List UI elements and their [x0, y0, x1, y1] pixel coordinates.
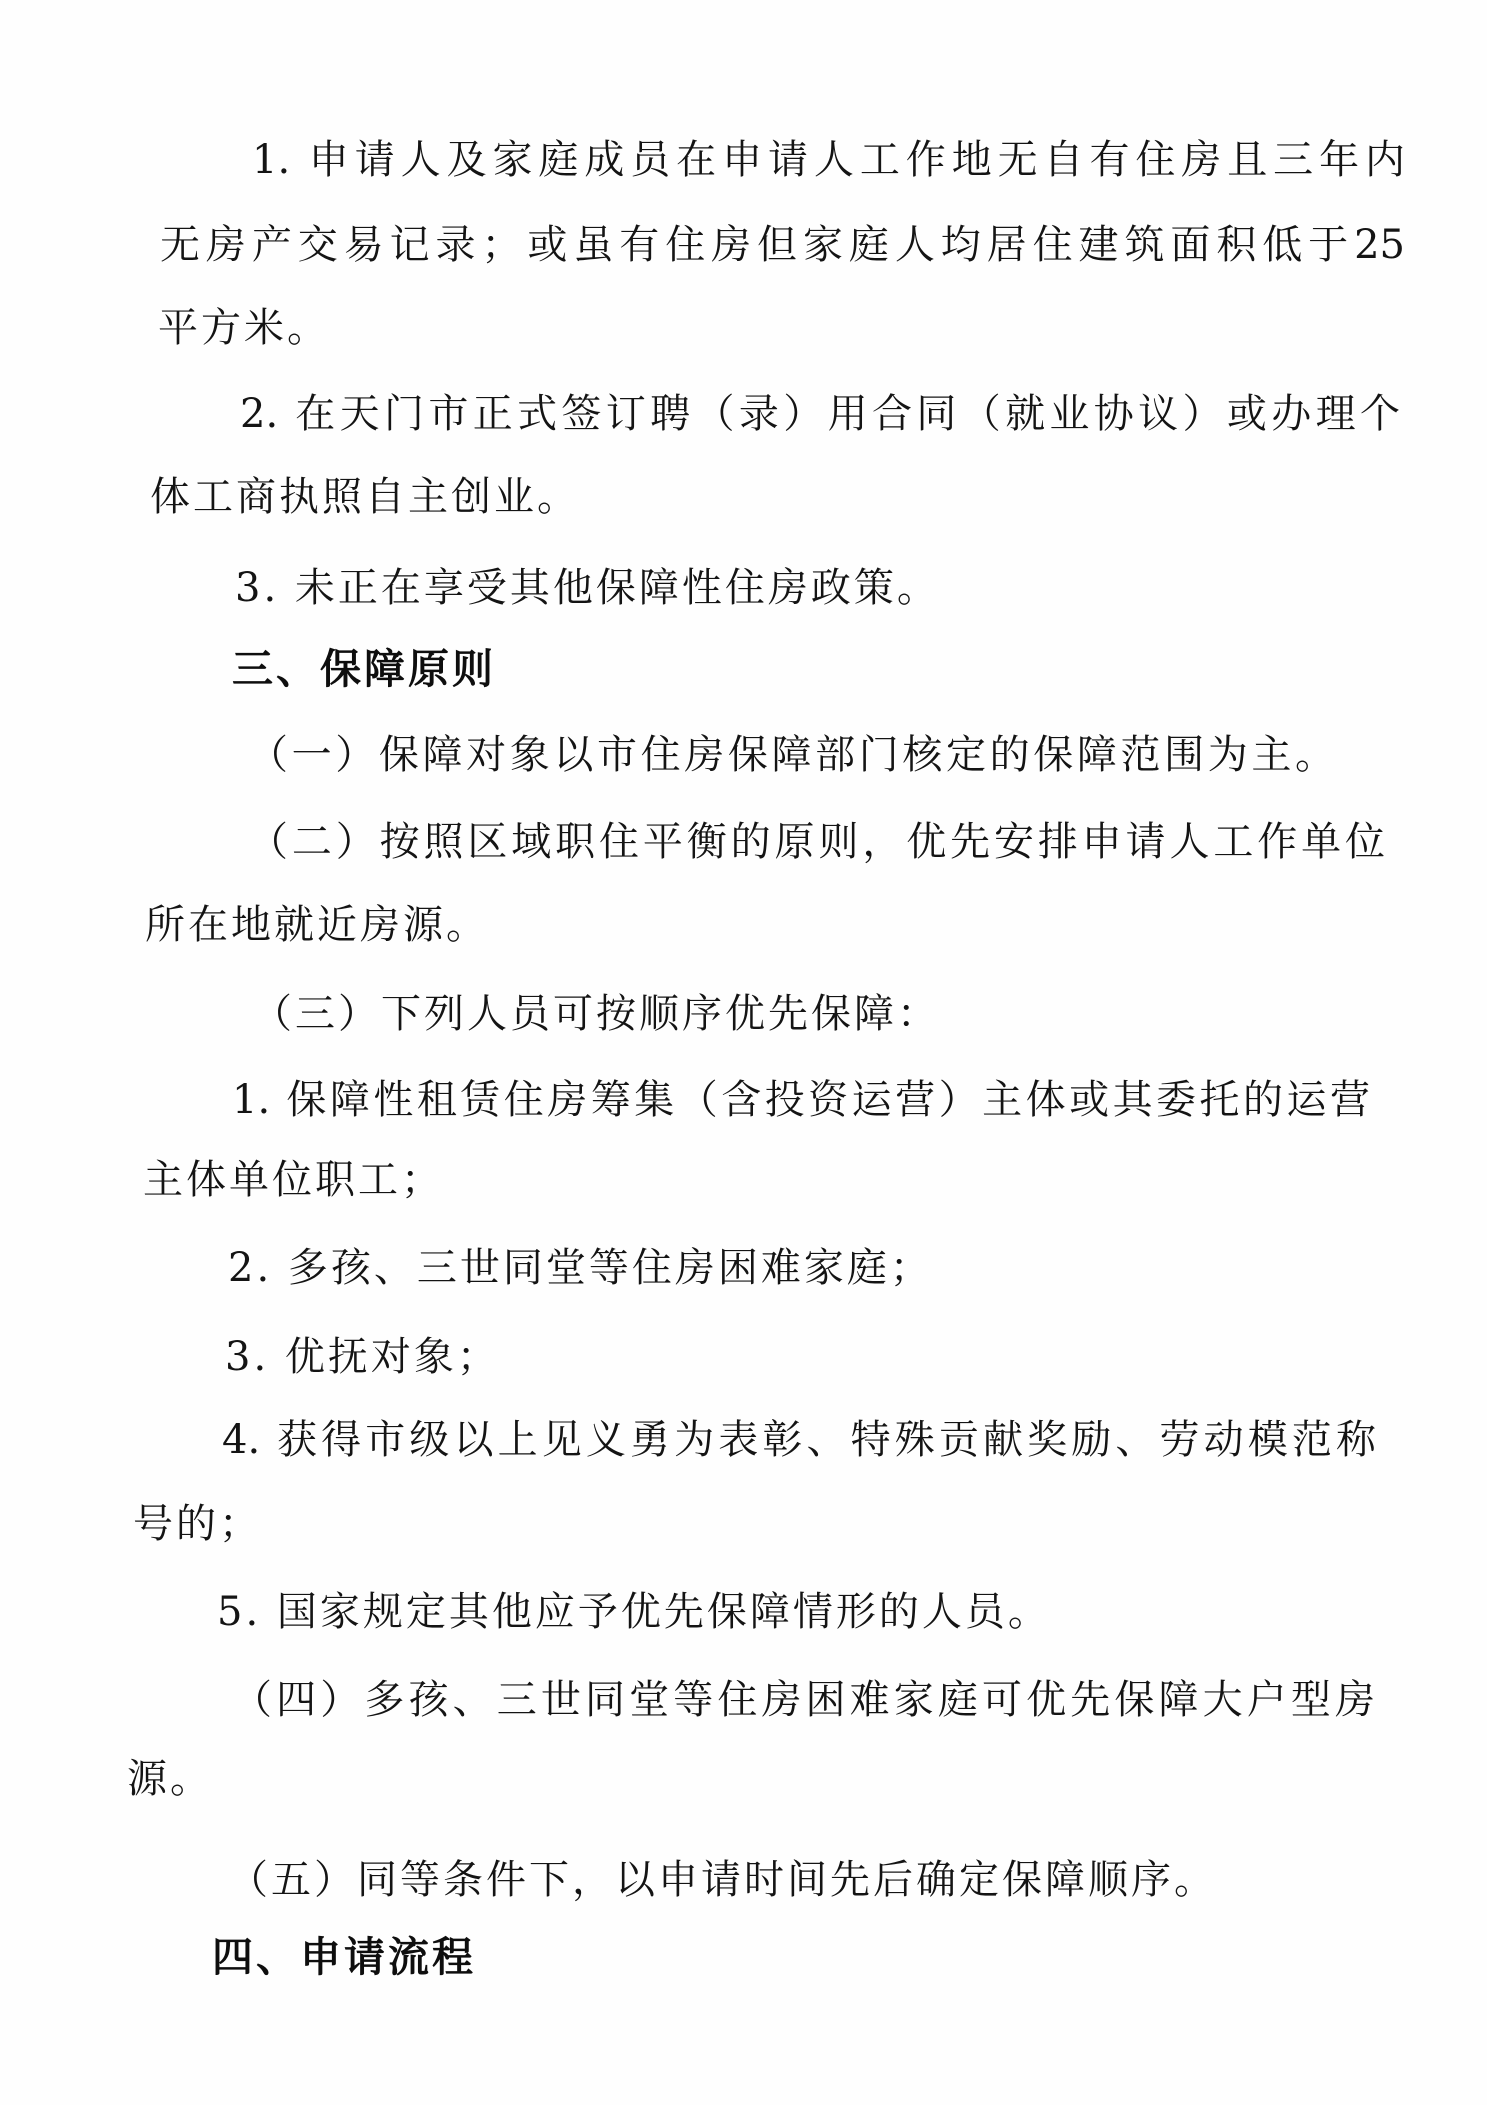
paragraph-line: 所在地就近房源。	[145, 897, 489, 953]
paragraph-line: （一）保障对象以市住房保障部门核定的保障范围为主。	[248, 727, 1335, 783]
paragraph-line: 2. 多孩、三世同堂等住房困难家庭；	[228, 1240, 933, 1296]
section-heading-application-process: 四、申请流程	[212, 1929, 476, 1985]
paragraph-line: 体工商执照自主创业。	[150, 469, 580, 525]
paragraph-line: 1. 保障性租赁住房筹集（含投资运营）主体或其委托的运营	[232, 1072, 1370, 1128]
paragraph-line: 3. 优抚对象；	[225, 1329, 500, 1385]
paragraph-line: 2. 在天门市正式签订聘（录）用合同（就业协议）或办理个	[240, 386, 1400, 442]
document-page: 1. 申请人及家庭成员在申请人工作地无自有住房且三年内 无房产交易记录；或虽有住…	[0, 0, 1487, 2105]
paragraph-line: 源。	[127, 1751, 213, 1807]
paragraph-line: 4. 获得市级以上见义勇为表彰、特殊贡献奖励、劳动模范称	[222, 1412, 1376, 1468]
paragraph-line: （二）按照区域职住平衡的原则，优先安排申请人工作单位	[248, 814, 1385, 870]
paragraph-line: 1. 申请人及家庭成员在申请人工作地无自有住房且三年内	[252, 132, 1405, 188]
paragraph-line: 号的；	[133, 1496, 262, 1552]
paragraph-line: 主体单位职工；	[143, 1152, 444, 1208]
paragraph-line: （三）下列人员可按顺序优先保障：	[252, 986, 940, 1042]
section-heading-principles: 三、保障原则	[232, 641, 496, 697]
paragraph-line: 无房产交易记录；或虽有住房但家庭人均居住建筑面积低于25	[160, 217, 1405, 273]
paragraph-line: 平方米。	[158, 300, 330, 356]
paragraph-line: （五）同等条件下，以申请时间先后确定保障顺序。	[228, 1852, 1217, 1908]
paragraph-line: 5. 国家规定其他应予优先保障情形的人员。	[217, 1584, 1051, 1640]
paragraph-line: （四）多孩、三世同堂等住房困难家庭可优先保障大户型房	[232, 1672, 1375, 1728]
paragraph-line: 3. 未正在享受其他保障性住房政策。	[235, 560, 940, 616]
